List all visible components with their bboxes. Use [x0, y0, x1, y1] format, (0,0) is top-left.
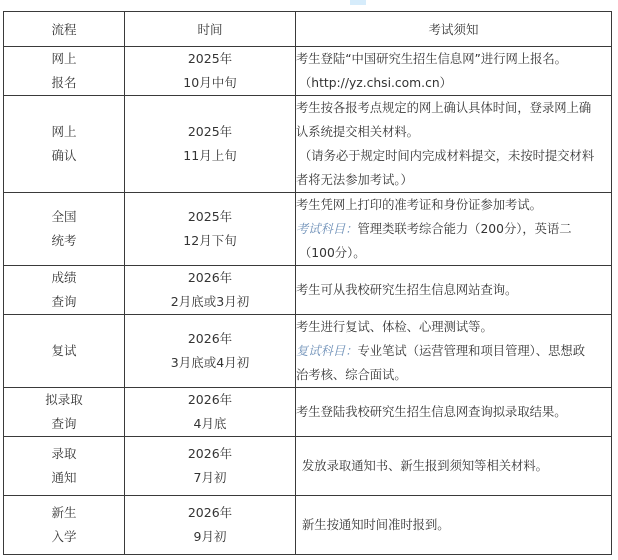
stage-cell: 网上 确认	[4, 96, 125, 193]
time-text: 2025年	[125, 120, 295, 144]
stage-text: 新生	[4, 501, 124, 525]
stage-cell: 拟录取 查询	[4, 388, 125, 437]
time-text: 3月底或4月初	[125, 351, 295, 375]
exam-subjects-line: 考试科目：管理类联考综合能力（200分），英语二	[296, 217, 611, 241]
notes-text: 发放录取通知书、新生报到须知等相关材料。	[296, 454, 611, 478]
time-text: 4月底	[125, 412, 295, 436]
stage-cell: 新生 入学	[4, 496, 125, 555]
stage-text: 统考	[4, 229, 124, 253]
time-text: 2026年	[125, 266, 295, 290]
stage-cell: 全国 统考	[4, 193, 125, 266]
notes-text: 考生凭网上打印的准考证和身份证参加考试。	[296, 193, 611, 217]
notes-text: 认系统提交相关材料。	[296, 120, 611, 144]
stage-cell: 录取 通知	[4, 437, 125, 496]
notes-text: 考生进行复试、体检、心理测试等。	[296, 315, 611, 339]
time-text: 2026年	[125, 501, 295, 525]
stage-text: 拟录取	[4, 388, 124, 412]
stage-text: 通知	[4, 466, 124, 490]
chsi-url-text: （http://yz.chsi.com.cn）	[296, 71, 611, 95]
notes-text: 新生按通知时间准时报到。	[296, 513, 611, 537]
notes-cell: 发放录取通知书、新生报到须知等相关材料。	[296, 437, 612, 496]
table-row: 新生 入学 2026年 9月初 新生按通知时间准时报到。	[4, 496, 612, 555]
header-stage: 流程	[4, 12, 125, 47]
notes-text: 治考核、综合面试。	[296, 363, 611, 387]
retest-subjects-label: 复试科目：	[296, 344, 358, 358]
table-header-row: 流程 时间 考试须知	[4, 12, 612, 47]
stage-cell: 成绩 查询	[4, 266, 125, 315]
table-row: 全国 统考 2025年 12月下旬 考生凭网上打印的准考证和身份证参加考试。 考…	[4, 193, 612, 266]
notes-text: 者将无法参加考试。）	[296, 168, 611, 192]
notes-text: （请务必于规定时间内完成材料提交，未按时提交材料	[296, 144, 611, 168]
top-decoration	[350, 0, 366, 5]
table-row: 拟录取 查询 2026年 4月底 考生登陆我校研究生招生信息网查询拟录取结果。	[4, 388, 612, 437]
table-row: 网上 报名 2025年 10月中旬 考生登陆“中国研究生招生信息网”进行网上报名…	[4, 47, 612, 96]
stage-cell: 网上 报名	[4, 47, 125, 96]
header-notes: 考试须知	[296, 12, 612, 47]
table-row: 复试 2026年 3月底或4月初 考生进行复试、体检、心理测试等。 复试科目：专…	[4, 315, 612, 388]
time-text: 9月初	[125, 525, 295, 549]
time-text: 2026年	[125, 327, 295, 351]
admission-schedule-table: 流程 时间 考试须知 网上 报名 2025年 10月中旬 考生登陆“中国研究生招…	[3, 11, 612, 555]
table-row: 网上 确认 2025年 11月上旬 考生按各报考点规定的网上确认具体时间，登录网…	[4, 96, 612, 193]
notes-cell: 考生按各报考点规定的网上确认具体时间，登录网上确 认系统提交相关材料。 （请务必…	[296, 96, 612, 193]
time-cell: 2025年 11月上旬	[125, 96, 296, 193]
notes-cell: 考生登陆“中国研究生招生信息网”进行网上报名。 （http://yz.chsi.…	[296, 47, 612, 96]
notes-text: 考生登陆我校研究生招生信息网查询拟录取结果。	[296, 400, 611, 424]
notes-cell: 考生凭网上打印的准考证和身份证参加考试。 考试科目：管理类联考综合能力（200分…	[296, 193, 612, 266]
stage-text: 网上	[4, 120, 124, 144]
time-text: 2月底或3月初	[125, 290, 295, 314]
header-time: 时间	[125, 12, 296, 47]
stage-text: 全国	[4, 205, 124, 229]
stage-text: 查询	[4, 290, 124, 314]
time-text: 2026年	[125, 388, 295, 412]
stage-text: 成绩	[4, 266, 124, 290]
notes-cell: 考生可从我校研究生招生信息网站查询。	[296, 266, 612, 315]
notes-text: （100分）。	[296, 241, 611, 265]
notes-text: 考生可从我校研究生招生信息网站查询。	[296, 278, 611, 302]
time-cell: 2026年 2月底或3月初	[125, 266, 296, 315]
notes-cell: 考生进行复试、体检、心理测试等。 复试科目：专业笔试（运营管理和项目管理）、思想…	[296, 315, 612, 388]
time-cell: 2026年 4月底	[125, 388, 296, 437]
notes-cell: 新生按通知时间准时报到。	[296, 496, 612, 555]
stage-cell: 复试	[4, 315, 125, 388]
stage-text: 查询	[4, 412, 124, 436]
time-text: 2025年	[125, 47, 295, 71]
stage-text: 录取	[4, 442, 124, 466]
stage-text: 入学	[4, 525, 124, 549]
exam-subjects-label: 考试科目：	[296, 222, 358, 236]
time-cell: 2025年 12月下旬	[125, 193, 296, 266]
time-text: 12月下旬	[125, 229, 295, 253]
table-row: 录取 通知 2026年 7月初 发放录取通知书、新生报到须知等相关材料。	[4, 437, 612, 496]
retest-subjects-text: 专业笔试（运营管理和项目管理）、思想政	[358, 344, 586, 358]
time-cell: 2026年 3月底或4月初	[125, 315, 296, 388]
exam-subjects-text: 管理类联考综合能力（200分），英语二	[358, 222, 572, 236]
retest-subjects-line: 复试科目：专业笔试（运营管理和项目管理）、思想政	[296, 339, 611, 363]
time-text: 11月上旬	[125, 144, 295, 168]
notes-text: 考生按各报考点规定的网上确认具体时间，登录网上确	[296, 96, 611, 120]
time-cell: 2026年 7月初	[125, 437, 296, 496]
stage-text: 报名	[4, 71, 124, 95]
notes-text: 考生登陆“中国研究生招生信息网”进行网上报名。	[296, 47, 611, 71]
table-row: 成绩 查询 2026年 2月底或3月初 考生可从我校研究生招生信息网站查询。	[4, 266, 612, 315]
stage-text: 复试	[4, 339, 124, 363]
stage-text: 网上	[4, 47, 124, 71]
stage-text: 确认	[4, 144, 124, 168]
time-text: 2025年	[125, 205, 295, 229]
notes-cell: 考生登陆我校研究生招生信息网查询拟录取结果。	[296, 388, 612, 437]
time-text: 10月中旬	[125, 71, 295, 95]
time-text: 7月初	[125, 466, 295, 490]
time-text: 2026年	[125, 442, 295, 466]
time-cell: 2026年 9月初	[125, 496, 296, 555]
time-cell: 2025年 10月中旬	[125, 47, 296, 96]
